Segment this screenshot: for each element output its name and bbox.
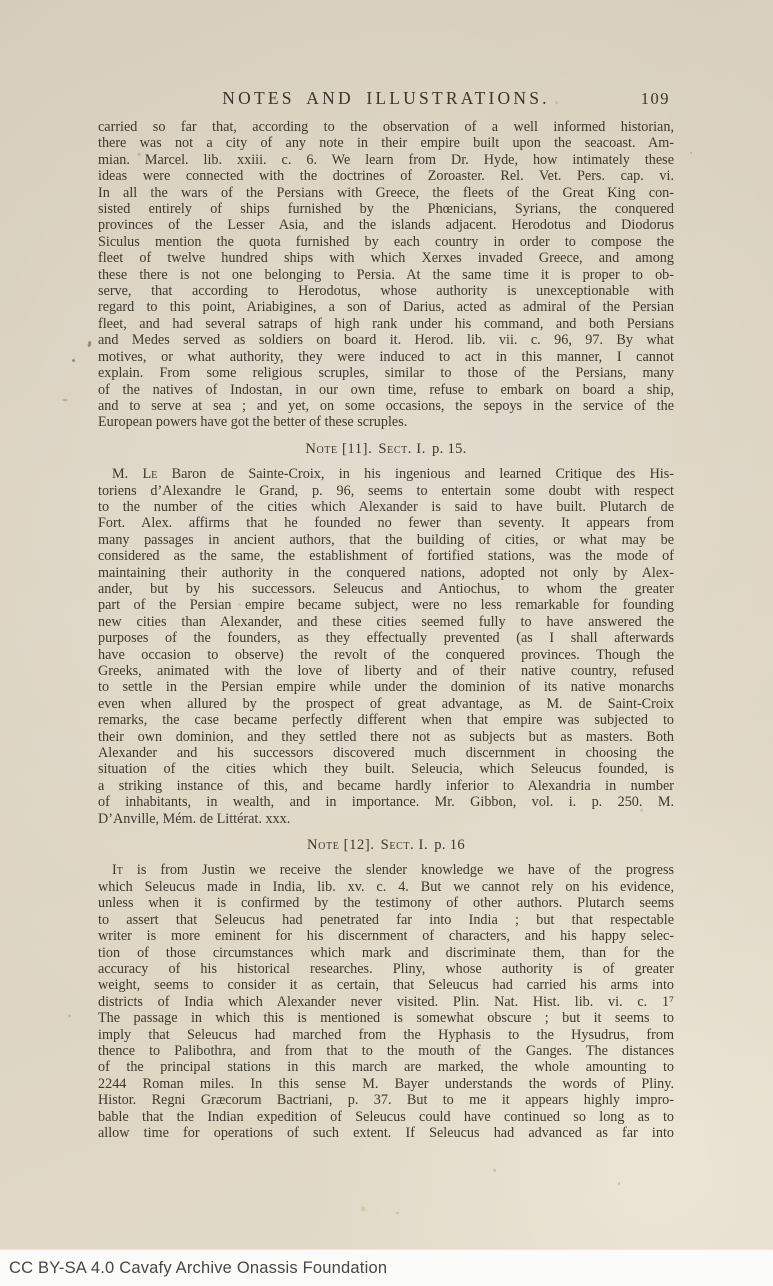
note-label: Note [12]. [307, 837, 375, 853]
page-content: carried so far that, according to the ob… [98, 119, 674, 1141]
note-label: Note [11]. [305, 441, 372, 457]
text-line: part of the Persian empire became subjec… [98, 597, 674, 613]
text-line: It is from Justin we receive the slender… [98, 862, 674, 878]
text-line: a striking instance of this, and became … [98, 778, 674, 794]
text-line: maintaining their authority in the conqu… [98, 565, 674, 581]
text-line: M. Le Baron de Sainte-Croix, in his inge… [98, 466, 674, 482]
text-line: these there is not one belonging to Pers… [98, 267, 674, 283]
text-line: unless when it is confirmed by the testi… [98, 895, 674, 911]
license-text: CC BY-SA 4.0 Cavafy Archive Onassis Foun… [9, 1259, 387, 1278]
text-line: 2244 Roman miles. In this sense M. Bayer… [98, 1076, 674, 1092]
scan-speck [690, 152, 692, 154]
paragraph: It is from Justin we receive the slender… [98, 862, 674, 1141]
text-line: purposes of the founders, as they effect… [98, 630, 674, 646]
text-line: explain. From some religious scruples, s… [98, 365, 674, 381]
page-ref: p. 15. [432, 441, 467, 457]
text-line: Siculus mention the quota furnished by e… [98, 234, 674, 250]
text-line: fleet of twelve hundred ships with which… [98, 250, 674, 266]
text-line: mian. Marcel. lib. xxiii. c. 6. We learn… [98, 152, 674, 168]
text-line: and to serve at sea ; and yet, on some o… [98, 398, 674, 414]
text-line: imply that Seleucus had marched from the… [98, 1027, 674, 1043]
smallcaps-lead: It [112, 862, 123, 878]
text-line: of the natives of Indostan, in our own t… [98, 382, 674, 398]
text-line: districts of India which Alexander never… [98, 994, 674, 1010]
text-line: to assert that Seleucus had penetrated f… [98, 912, 674, 928]
text-line: toriens d’Alexandre le Grand, p. 96, see… [98, 483, 674, 499]
text-line: even when allured by the prospect of gre… [98, 696, 674, 712]
scan-speck [87, 341, 91, 347]
text-line: The passage in which this is mentioned i… [98, 1010, 674, 1026]
text-line: and Medes served as soldiers on board it… [98, 332, 674, 348]
text-line: have occasion to observe) the revolt of … [98, 647, 674, 663]
text-line: ideas were connected with the doctrines … [98, 168, 674, 184]
smallcaps-lead: M. Le [112, 466, 157, 482]
page-number: 109 [641, 89, 670, 109]
text-line: Fort. Alex. affirms that he founded no f… [98, 515, 674, 531]
text-line: weight, seems to consider it as certain,… [98, 977, 674, 993]
text-line: which Seleucus made in India, lib. xv. c… [98, 879, 674, 895]
scan-speck [396, 1212, 399, 1214]
text-line: of the principal stations in this march … [98, 1059, 674, 1075]
note-heading: Note [11].Sect. I.p. 15. [98, 441, 674, 457]
paragraph: carried so far that, according to the ob… [98, 119, 674, 431]
paragraph: M. Le Baron de Sainte-Croix, in his inge… [98, 466, 674, 827]
text-line: regard to this point, Ariabigines, a son… [98, 299, 674, 315]
text-line: ander, but by his successors. Seleucus a… [98, 581, 674, 597]
text-line: remarks, the case became perfectly diffe… [98, 712, 674, 728]
text-line: sisted entirely of ships furnished by th… [98, 201, 674, 217]
text-line: many passages in ancient authors, that t… [98, 532, 674, 548]
text-line: accuracy of his historical researches. P… [98, 961, 674, 977]
text-line: considered as the same, the establishmen… [98, 548, 674, 564]
text-line: their own dominion, and they settled the… [98, 729, 674, 745]
text-line: new cities than Alexander, and these cit… [98, 614, 674, 630]
text-line: European powers have got the better of t… [98, 414, 674, 430]
text-line: tion of those circumstances which mark a… [98, 945, 674, 961]
page-title: NOTES AND ILLUSTRATIONS. [98, 88, 674, 109]
note-heading: Note [12].Sect. I.p. 16 [98, 837, 674, 853]
license-bar: CC BY-SA 4.0 Cavafy Archive Onassis Foun… [0, 1249, 773, 1286]
text-line: D’Anville, Mém. de Littérat. xxx. [98, 811, 674, 827]
scan-speck [72, 359, 75, 362]
text-line: allow time for operations of such extent… [98, 1125, 674, 1141]
text-line: Histor. Regni Græcorum Bactriani, p. 37.… [98, 1092, 674, 1108]
text-line: situation of the cities which they built… [98, 761, 674, 777]
text-line: to the number of the cities which Alexan… [98, 499, 674, 515]
text-line: Greeks, animated with the love of libert… [98, 663, 674, 679]
section-label: Sect. I. [378, 441, 426, 457]
text-line: motives, or what authority, they were in… [98, 349, 674, 365]
text-line: there was not a city of any note in thei… [98, 135, 674, 151]
page-header: NOTES AND ILLUSTRATIONS. 109 [98, 88, 674, 110]
page-ref: p. 16 [434, 837, 465, 853]
scanned-page: NOTES AND ILLUSTRATIONS. 109 carried so … [0, 0, 773, 1286]
text-line: thence to Palibothra, and from that to t… [98, 1043, 674, 1059]
text-line: to settle in the Persian empire while un… [98, 679, 674, 695]
scan-speck [62, 399, 68, 401]
text-line: fleet, and had several satraps of high r… [98, 316, 674, 332]
text-line: serve, that according to Herodotus, whos… [98, 283, 674, 299]
section-label: Sect. I. [381, 837, 429, 853]
text-line: carried so far that, according to the ob… [98, 119, 674, 135]
text-line: writer is more eminent for his discernme… [98, 928, 674, 944]
text-line: In all the wars of the Persians with Gre… [98, 185, 674, 201]
scan-speck [618, 1182, 620, 1185]
text-line: bable that the Indian expedition of Sele… [98, 1109, 674, 1125]
text-line: of inhabitants, in wealth, and in import… [98, 794, 674, 810]
text-line: provinces of the Lesser Asia, and the is… [98, 217, 674, 233]
text-line: Alexander and his successors discovered … [98, 745, 674, 761]
